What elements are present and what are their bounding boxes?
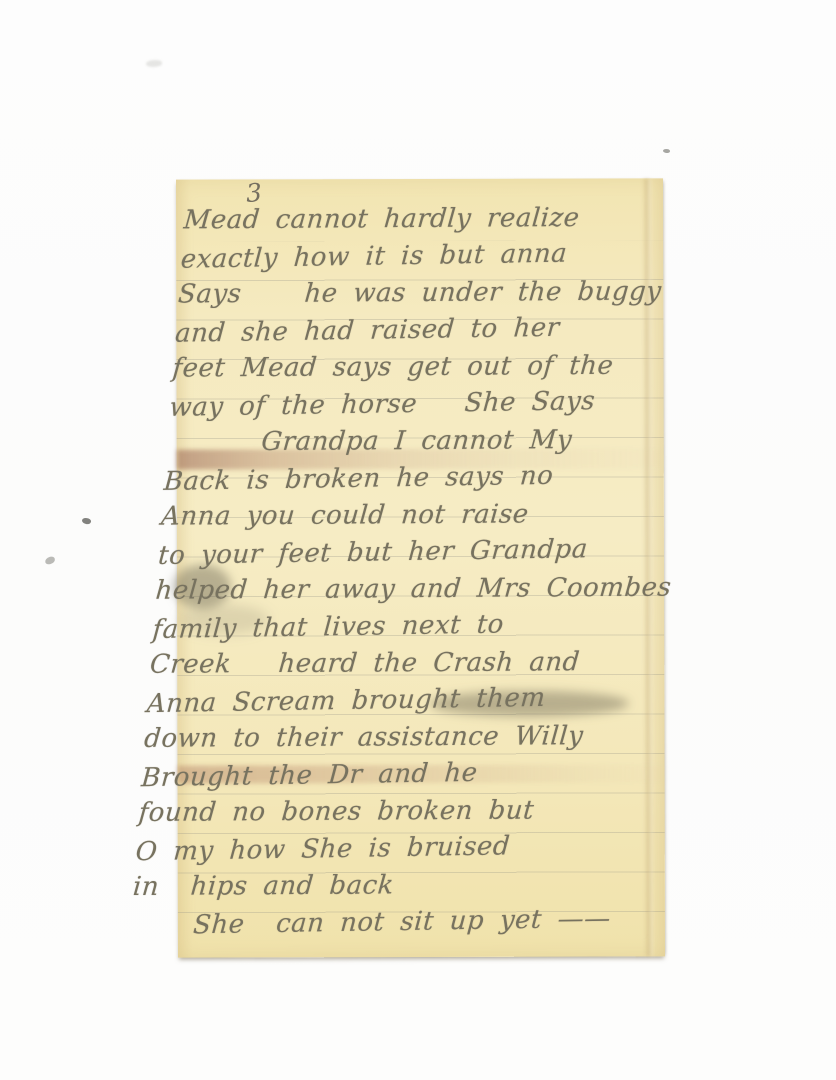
- dust-speck: [44, 556, 55, 565]
- handwriting-line: Back is broken he says no: [163, 456, 642, 501]
- handwriting-line: and she had raised to her: [174, 308, 653, 353]
- handwriting-line: in hips and back: [132, 866, 611, 906]
- dust-speck: [81, 517, 92, 526]
- handwriting-line: Grandpa I cannot My: [165, 422, 644, 462]
- handwriting-line: Anna you could not raise: [160, 496, 639, 536]
- handwriting-line: Mead cannot hardly realize: [182, 199, 661, 239]
- handwriting-line: O my how She is bruised: [134, 827, 613, 872]
- dust-speck: [146, 60, 162, 67]
- handwriting-lines: Mead cannot hardly realize exactly how i…: [129, 198, 661, 944]
- dust-speck: [663, 148, 671, 153]
- handwriting-line: way of the horse She Says: [168, 382, 647, 427]
- handwriting-line: family that lives next to: [151, 605, 630, 650]
- handwriting-line: down to their assistance Willy: [143, 718, 622, 758]
- handwriting-line: Creek heard the Crash and: [148, 644, 627, 684]
- handwriting-line: She can not sit up yet ——: [129, 901, 608, 946]
- handwriting-line: to your feet but her Grandpa: [157, 530, 636, 575]
- handwriting-line: Brought the Dr and he: [140, 753, 619, 798]
- handwriting-line: feet Mead says get out of the: [171, 348, 650, 388]
- handwriting-line: Anna Scream brought them: [146, 679, 625, 724]
- handwriting-line: found no bones broken but: [137, 792, 616, 832]
- letter-paper: 3 Mead cannot hardly realize exactly how…: [176, 178, 665, 957]
- handwriting-line: helped her away and Mrs Coombes: [154, 570, 633, 610]
- handwriting-line: exactly how it is but anna: [179, 234, 658, 279]
- scanned-letter-background: 3 Mead cannot hardly realize exactly how…: [0, 0, 836, 1080]
- handwriting-line: Says he was under the buggy: [177, 274, 656, 314]
